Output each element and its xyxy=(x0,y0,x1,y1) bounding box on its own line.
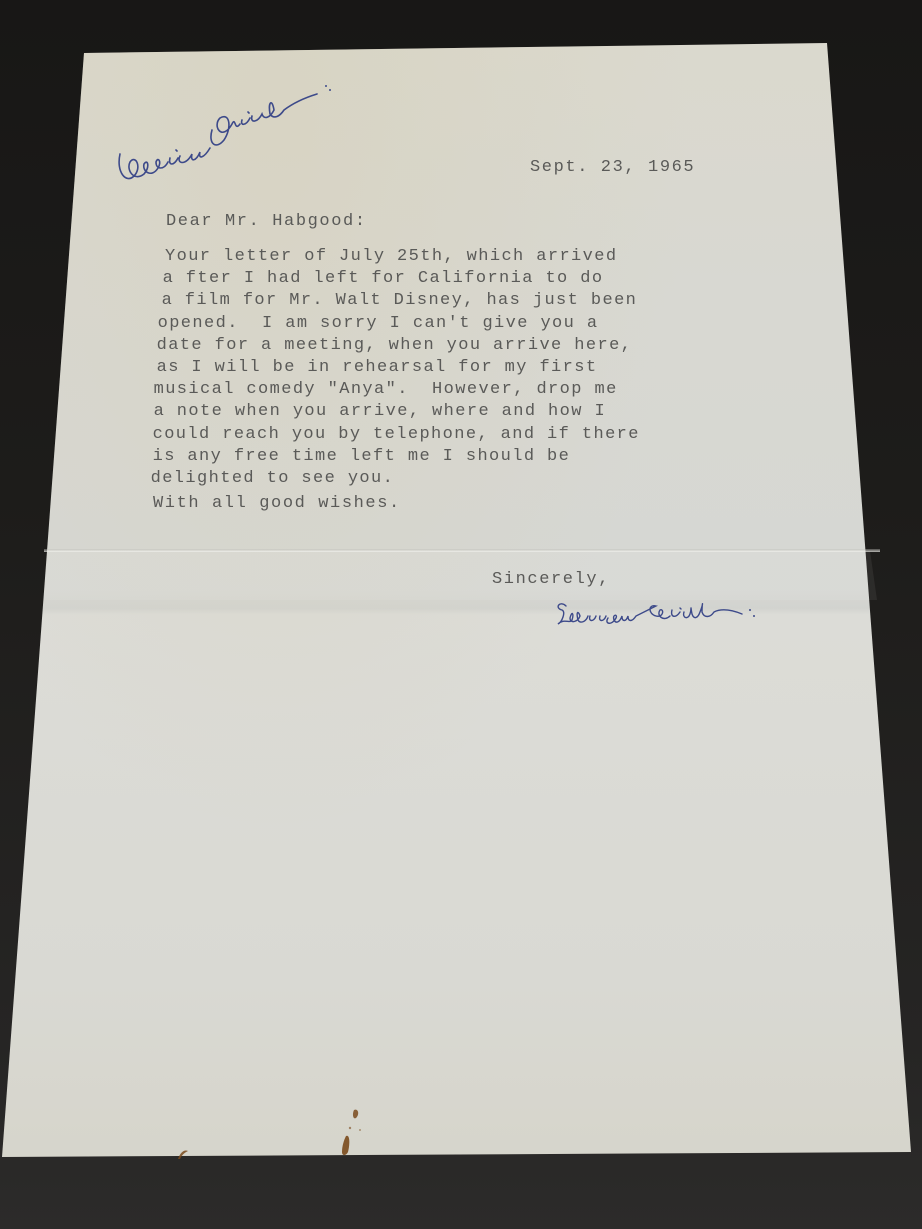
body-line: a film for Mr. Walt Disney, has just bee… xyxy=(150,290,640,312)
letter-salutation: Dear Mr. Habgood: xyxy=(166,213,367,230)
body-line: delighted to see you. xyxy=(139,468,640,490)
body-line: date for a meeting, when you arrive here… xyxy=(145,335,640,357)
body-line: musical comedy "Anya". However, drop me xyxy=(142,379,640,401)
body-line: Your letter of July 25th, which arrived xyxy=(165,246,640,268)
letter-date: Sept. 23, 1965 xyxy=(530,159,695,176)
body-line: as I will be in rehearsal for my first xyxy=(145,357,640,379)
body-line: a fter I had left for California to do xyxy=(151,268,640,290)
body-line: is any free time left me I should be xyxy=(141,446,640,468)
letter-body: Your letter of July 25th, which arrived … xyxy=(150,246,640,490)
body-line: could reach you by telephone, and if the… xyxy=(141,424,640,446)
letter-closing: Sincerely, xyxy=(492,571,610,588)
body-line: opened. I am sorry I can't give you a xyxy=(146,313,640,335)
closing-signature-handwriting: Lillian Gish xyxy=(552,596,762,632)
body-line: a note when you arrive, where and how I xyxy=(142,401,640,423)
paper-stain xyxy=(320,1100,380,1160)
header-signature-handwriting: Lillian Gish xyxy=(112,84,342,194)
paper-stain-small xyxy=(170,1145,200,1161)
letter-closing-wish: With all good wishes. xyxy=(153,495,401,512)
